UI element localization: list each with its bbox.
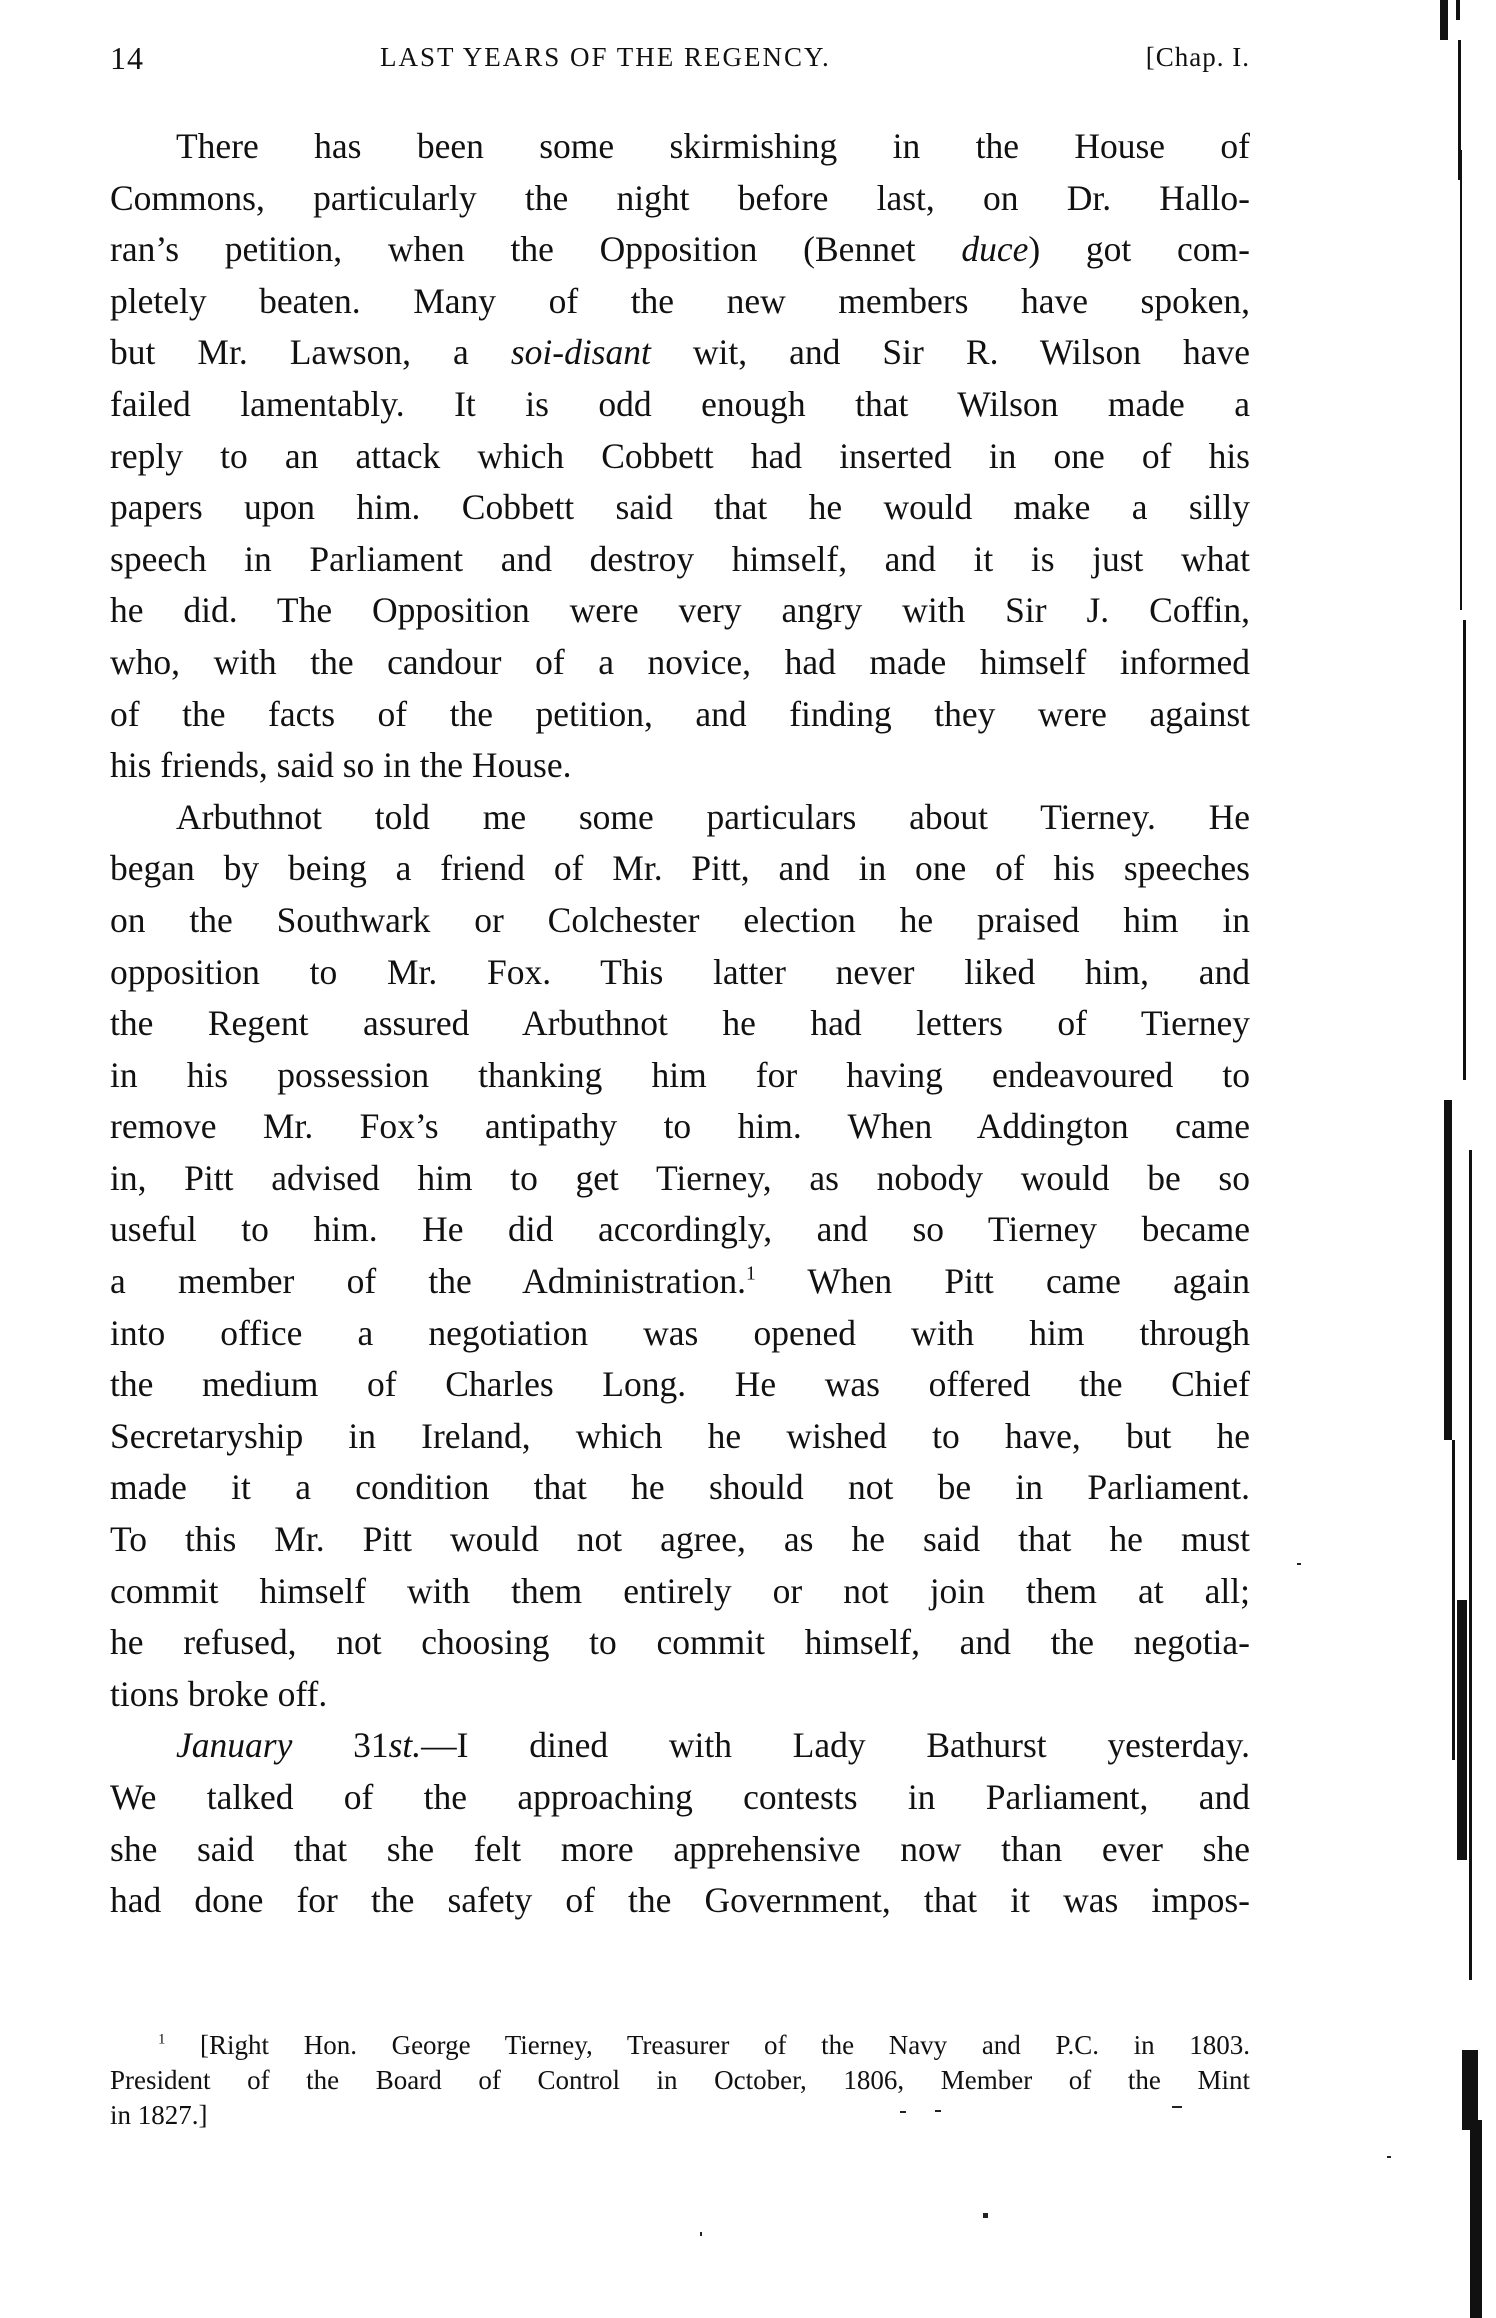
scan-speck xyxy=(1297,1563,1301,1565)
text-line: opposition to Mr. Fox. This latter never… xyxy=(110,947,1250,999)
footnote-line: 1 [Right Hon. George Tierney, Treasurer … xyxy=(110,2028,1250,2063)
footnote-line: President of the Board of Control in Oct… xyxy=(110,2063,1250,2098)
text-line: she said that she felt more apprehensive… xyxy=(110,1824,1250,1876)
footnote-ref[interactable]: 1 xyxy=(746,1263,756,1284)
text-line: his friends, said so in the House. xyxy=(110,740,1250,792)
text-line: began by being a friend of Mr. Pitt, and… xyxy=(110,843,1250,895)
text-line: in his possession thanking him for havin… xyxy=(110,1050,1250,1102)
scan-speck xyxy=(700,2232,702,2236)
page-edge-shadow xyxy=(1470,2120,1482,2318)
text-line: a member of the Administration.1 When Pi… xyxy=(110,1256,1250,1308)
italic-span: st. xyxy=(389,1725,422,1765)
page-edge-line xyxy=(1444,1100,1452,1440)
scan-speck xyxy=(983,2213,988,2218)
text-span: 31 xyxy=(292,1725,388,1765)
text-span: wit, and Sir R. Wilson have xyxy=(651,332,1250,372)
text-line: but Mr. Lawson, a soi-disant wit, and Si… xyxy=(110,327,1250,379)
page-edge-shadow xyxy=(1456,0,1460,20)
text-span: —I dined with Lady Bathurst yesterday. xyxy=(421,1725,1250,1765)
text-line: he refused, not choosing to commit himse… xyxy=(110,1617,1250,1669)
running-title: LAST YEARS OF THE REGENCY. xyxy=(380,42,831,73)
text-line: reply to an attack which Cobbett had ins… xyxy=(110,431,1250,483)
text-line: had done for the safety of the Governmen… xyxy=(110,1875,1250,1927)
text-line: papers upon him. Cobbett said that he wo… xyxy=(110,482,1250,534)
running-header: 14 LAST YEARS OF THE REGENCY. [Chap. I. xyxy=(110,40,1250,80)
footnote-line: in 1827.] xyxy=(110,2098,1250,2133)
page-edge-line xyxy=(1463,620,1466,1080)
scan-speck xyxy=(900,2111,906,2113)
text-span: [Right Hon. George Tierney, Treasurer of… xyxy=(165,2030,1250,2060)
scan-speck xyxy=(1387,2156,1391,2158)
paragraph: January 31st.—I dined with Lady Bathurst… xyxy=(110,1720,1250,1926)
text-line: into office a negotiation was opened wit… xyxy=(110,1308,1250,1360)
page-edge-line xyxy=(1457,1600,1467,1860)
text-line: made it a condition that he should not b… xyxy=(110,1462,1250,1514)
scan-speck xyxy=(935,2110,941,2112)
book-page: 14 LAST YEARS OF THE REGENCY. [Chap. I. … xyxy=(0,0,1496,2318)
text-line: Arbuthnot told me some particulars about… xyxy=(110,792,1250,844)
text-line: of the facts of the petition, and findin… xyxy=(110,689,1250,741)
text-line: Commons, particularly the night before l… xyxy=(110,173,1250,225)
text-span: When Pitt came again xyxy=(756,1261,1250,1301)
text-line: We talked of the approaching contests in… xyxy=(110,1772,1250,1824)
text-line: January 31st.—I dined with Lady Bathurst… xyxy=(110,1720,1250,1772)
paragraph: There has been some skirmishing in the H… xyxy=(110,121,1250,792)
text-line: failed lamentably. It is odd enough that… xyxy=(110,379,1250,431)
text-line: pletely beaten. Many of the new members … xyxy=(110,276,1250,328)
page-edge-line xyxy=(1452,1440,1455,1760)
text-span: a member of the Administration. xyxy=(110,1261,746,1301)
text-span: ran’s petition, when the Opposition (Ben… xyxy=(110,229,961,269)
text-line: useful to him. He did accordingly, and s… xyxy=(110,1204,1250,1256)
footnote: 1 [Right Hon. George Tierney, Treasurer … xyxy=(110,2028,1250,2133)
body-text: There has been some skirmishing in the H… xyxy=(110,121,1250,1927)
chapter-label: [Chap. I. xyxy=(1146,42,1250,73)
text-line: remove Mr. Fox’s antipathy to him. When … xyxy=(110,1101,1250,1153)
text-line: ran’s petition, when the Opposition (Ben… xyxy=(110,224,1250,276)
page-number: 14 xyxy=(110,40,144,77)
italic-span: soi-disant xyxy=(511,332,651,372)
text-line: Secretaryship in Ireland, which he wishe… xyxy=(110,1411,1250,1463)
text-line: tions broke off. xyxy=(110,1669,1250,1721)
text-line: commit himself with them entirely or not… xyxy=(110,1566,1250,1618)
text-line: the Regent assured Arbuthnot he had lett… xyxy=(110,998,1250,1050)
page-edge-line xyxy=(1469,1150,1472,1980)
text-line: the medium of Charles Long. He was offer… xyxy=(110,1359,1250,1411)
text-line: in, Pitt advised him to get Tierney, as … xyxy=(110,1153,1250,1205)
italic-span: duce xyxy=(961,229,1028,269)
text-span: but Mr. Lawson, a xyxy=(110,332,511,372)
text-line: he did. The Opposition were very angry w… xyxy=(110,585,1250,637)
scan-speck xyxy=(1172,2106,1182,2108)
text-line: To this Mr. Pitt would not agree, as he … xyxy=(110,1514,1250,1566)
page-edge-shadow xyxy=(1440,0,1448,40)
text-span: ) got com- xyxy=(1028,229,1250,269)
text-line: There has been some skirmishing in the H… xyxy=(110,121,1250,173)
text-line: on the Southwark or Colchester election … xyxy=(110,895,1250,947)
text-line: who, with the candour of a novice, had m… xyxy=(110,637,1250,689)
page-edge-shadow xyxy=(1462,2050,1478,2130)
page-edge-line xyxy=(1460,150,1462,610)
date-italic: January xyxy=(176,1725,292,1765)
text-line: speech in Parliament and destroy himself… xyxy=(110,534,1250,586)
paragraph: Arbuthnot told me some particulars about… xyxy=(110,792,1250,1721)
